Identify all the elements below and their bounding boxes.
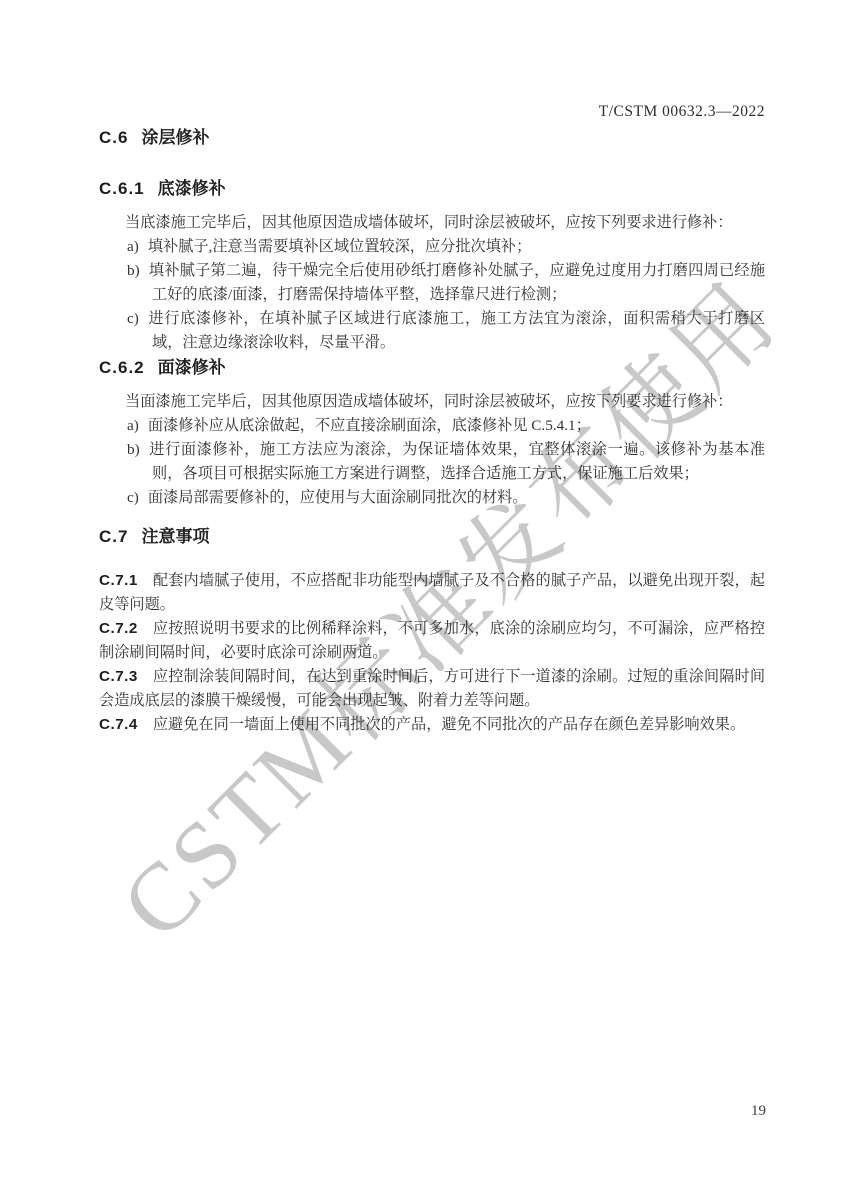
list-marker: c) bbox=[127, 489, 139, 506]
clause-c74: C.7.4应避免在同一墙面上使用不同批次的产品，避免不同批次的产品存在颜色差异影… bbox=[99, 713, 765, 737]
clauses-c7: C.7.1配套内墙腻子使用，不应搭配非功能型内墙腻子及不合格的腻子产品，以避免出… bbox=[99, 569, 765, 737]
section-title: 注意事项 bbox=[141, 527, 209, 546]
list-c61: a)填补腻子,注意当需要填补区域位置较深，应分批次填补； b)填补腻子第二遍，待… bbox=[99, 235, 765, 355]
list-item: c)面漆局部需要修补的，应使用与大面涂刷同批次的材料。 bbox=[99, 486, 765, 510]
clause-text: 应按照说明书要求的比例稀释涂料，不可多加水，底涂的涂刷应均匀，不可漏涂，应严格控… bbox=[99, 620, 765, 661]
standard-reference-header: T/CSTM 00632.3—2022 bbox=[599, 101, 765, 123]
list-item-text: 进行底漆修补，在填补腻子区域进行底漆施工，施工方法宜为滚涂，面积需稍大于打磨区域… bbox=[148, 310, 765, 351]
clause-number: C.7.2 bbox=[99, 620, 138, 637]
section-heading-c61: C.6.1底漆修补 bbox=[99, 177, 765, 201]
section-heading-c62: C.6.2面漆修补 bbox=[99, 356, 765, 380]
list-marker: c) bbox=[127, 310, 139, 327]
list-item: c)进行底漆修补，在填补腻子区域进行底漆施工，施工方法宜为滚涂，面积需稍大于打磨… bbox=[99, 307, 765, 355]
page-content: C.6涂层修补 C.6.1底漆修补 当底漆施工完毕后，因其他原因造成墙体破坏，同… bbox=[99, 126, 765, 737]
section-title: 面漆修补 bbox=[158, 358, 226, 377]
document-page: T/CSTM 00632.3—2022 CSTM标准发布使用 C.6涂层修补 C… bbox=[0, 0, 849, 1200]
section-heading-c7: C.7注意事项 bbox=[99, 525, 765, 549]
list-item-text: 填补腻子第二遍，待干燥完全后使用砂纸打磨修补处腻子，应避免过度用力打磨四周已经施… bbox=[149, 262, 765, 303]
paragraph-c62-intro: 当面漆施工完毕后，因其他原因造成墙体破坏，同时涂层被破坏，应按下列要求进行修补： bbox=[99, 390, 765, 414]
section-number: C.6.2 bbox=[99, 358, 145, 377]
section-title: 底漆修补 bbox=[158, 179, 226, 198]
clause-c72: C.7.2应按照说明书要求的比例稀释涂料，不可多加水，底涂的涂刷应均匀，不可漏涂… bbox=[99, 617, 765, 665]
list-item: b)填补腻子第二遍，待干燥完全后使用砂纸打磨修补处腻子，应避免过度用力打磨四周已… bbox=[99, 259, 765, 307]
clause-c71: C.7.1配套内墙腻子使用，不应搭配非功能型内墙腻子及不合格的腻子产品，以避免出… bbox=[99, 569, 765, 617]
clause-text: 应控制涂装间隔时间，在达到重涂时间后，方可进行下一道漆的涂刷。过短的重涂间隔时间… bbox=[99, 668, 765, 709]
section-number: C.6.1 bbox=[99, 179, 145, 198]
list-item-text: 填补腻子,注意当需要填补区域位置较深，应分批次填补； bbox=[148, 238, 531, 255]
clause-number: C.7.1 bbox=[99, 572, 138, 589]
clause-text: 配套内墙腻子使用，不应搭配非功能型内墙腻子及不合格的腻子产品，以避免出现开裂，起… bbox=[99, 572, 765, 613]
list-item-text: 面漆局部需要修补的，应使用与大面涂刷同批次的材料。 bbox=[148, 489, 528, 506]
clause-c73: C.7.3应控制涂装间隔时间，在达到重涂时间后，方可进行下一道漆的涂刷。过短的重… bbox=[99, 665, 765, 713]
list-item-text: 面漆修补应从底涂做起，不应直接涂刷面涂，底漆修补见 C.5.4.1； bbox=[148, 417, 591, 434]
section-heading-c6: C.6涂层修补 bbox=[99, 126, 765, 150]
clause-number: C.7.4 bbox=[99, 716, 138, 733]
clause-number: C.7.3 bbox=[99, 668, 138, 685]
list-marker: a) bbox=[127, 238, 139, 255]
list-marker: a) bbox=[127, 417, 139, 434]
section-number: C.6 bbox=[99, 128, 128, 147]
list-item-text: 进行面漆修补，施工方法应为滚涂，为保证墙体效果，宜整体滚涂一遍。该修补为基本准则… bbox=[149, 441, 765, 482]
page-number: 19 bbox=[751, 1100, 766, 1122]
paragraph-c61-intro: 当底漆施工完毕后，因其他原因造成墙体破坏，同时涂层被破坏，应按下列要求进行修补： bbox=[99, 211, 765, 235]
section-number: C.7 bbox=[99, 527, 128, 546]
clause-text: 应避免在同一墙面上使用不同批次的产品，避免不同批次的产品存在颜色差异影响效果。 bbox=[153, 716, 745, 733]
list-item: a)填补腻子,注意当需要填补区域位置较深，应分批次填补； bbox=[99, 235, 765, 259]
list-item: b)进行面漆修补，施工方法应为滚涂，为保证墙体效果，宜整体滚涂一遍。该修补为基本… bbox=[99, 438, 765, 486]
section-title: 涂层修补 bbox=[141, 128, 209, 147]
list-marker: b) bbox=[127, 441, 140, 458]
list-c62: a)面漆修补应从底涂做起，不应直接涂刷面涂，底漆修补见 C.5.4.1； b)进… bbox=[99, 414, 765, 510]
list-marker: b) bbox=[127, 262, 140, 279]
list-item: a)面漆修补应从底涂做起，不应直接涂刷面涂，底漆修补见 C.5.4.1； bbox=[99, 414, 765, 438]
